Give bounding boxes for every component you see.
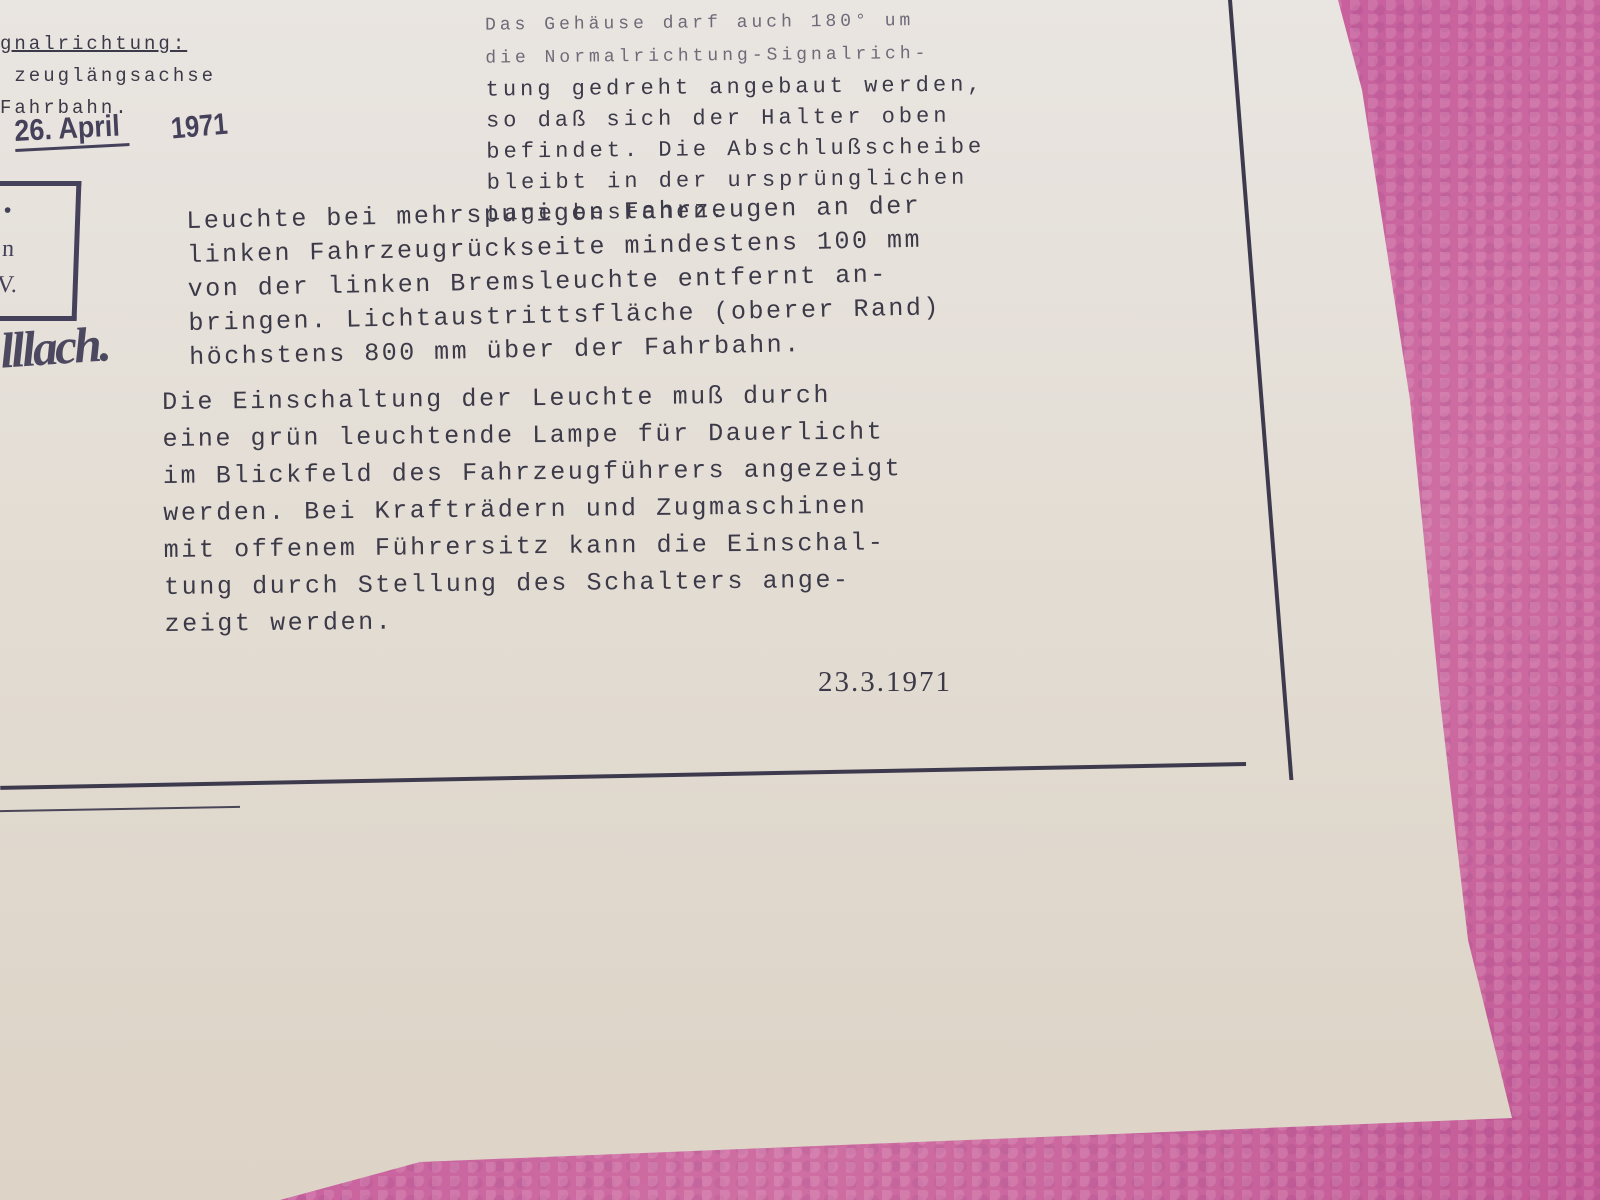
text-line: höchstens 800 mm über der Fahrbahn. bbox=[189, 330, 802, 372]
frame-border-right bbox=[1128, 0, 1293, 780]
text-line: im Blickfeld des Fahrzeugführers angezei… bbox=[163, 454, 903, 491]
stamp-box-mark: n bbox=[2, 236, 15, 263]
text-line: werden. Bei Krafträdern und Zugmaschinen bbox=[163, 492, 867, 528]
text-line: zeigt werden. bbox=[164, 608, 393, 639]
typed-date: 23.3.1971 bbox=[818, 666, 952, 699]
stamp-box-mark: • bbox=[3, 198, 12, 225]
text-line: eine grün leuchtende Lampe für Dauerlich… bbox=[162, 417, 884, 454]
left-column-line: zeuglängsachse bbox=[14, 65, 216, 87]
frame-border-bottom bbox=[0, 762, 1246, 790]
paragraph-indicator-lamp: Die Einschaltung der Leuchte muß durch e… bbox=[162, 376, 904, 643]
left-column-heading: gnalrichtung: bbox=[0, 33, 187, 55]
text-line: tung durch Stellung des Schalters ange- bbox=[164, 566, 851, 602]
text-line: Das Gehäuse darf auch 180° um bbox=[485, 11, 914, 35]
text-line: tung gedreht angebaut werden, bbox=[486, 72, 985, 102]
frame-border-bottom-secondary bbox=[0, 806, 240, 812]
stamp-box-mark: V. bbox=[0, 272, 18, 299]
signature: lllach. bbox=[0, 314, 110, 379]
stamp-year: 1971 bbox=[170, 108, 229, 147]
stamp-box: • n V. bbox=[0, 181, 81, 321]
stamp-date: 26. April bbox=[13, 109, 129, 152]
text-line: befindet. Die Abschlußscheibe bbox=[486, 134, 985, 164]
text-line: so daß sich der Halter oben bbox=[486, 104, 951, 134]
text-line: Die Einschaltung der Leuchte muß durch bbox=[162, 381, 831, 417]
paragraph-mounting-position: Leuchte bei mehrspurigen Fahrzeugen an d… bbox=[186, 189, 942, 375]
paper-sheet: gnalrichtung: zeuglängsachse Fahrbahn. 2… bbox=[0, 0, 1600, 1200]
text-line: die Normalrichtung-Signalrich- bbox=[485, 44, 929, 69]
text-line: mit offenem Führersitz kann die Einschal… bbox=[164, 528, 886, 565]
